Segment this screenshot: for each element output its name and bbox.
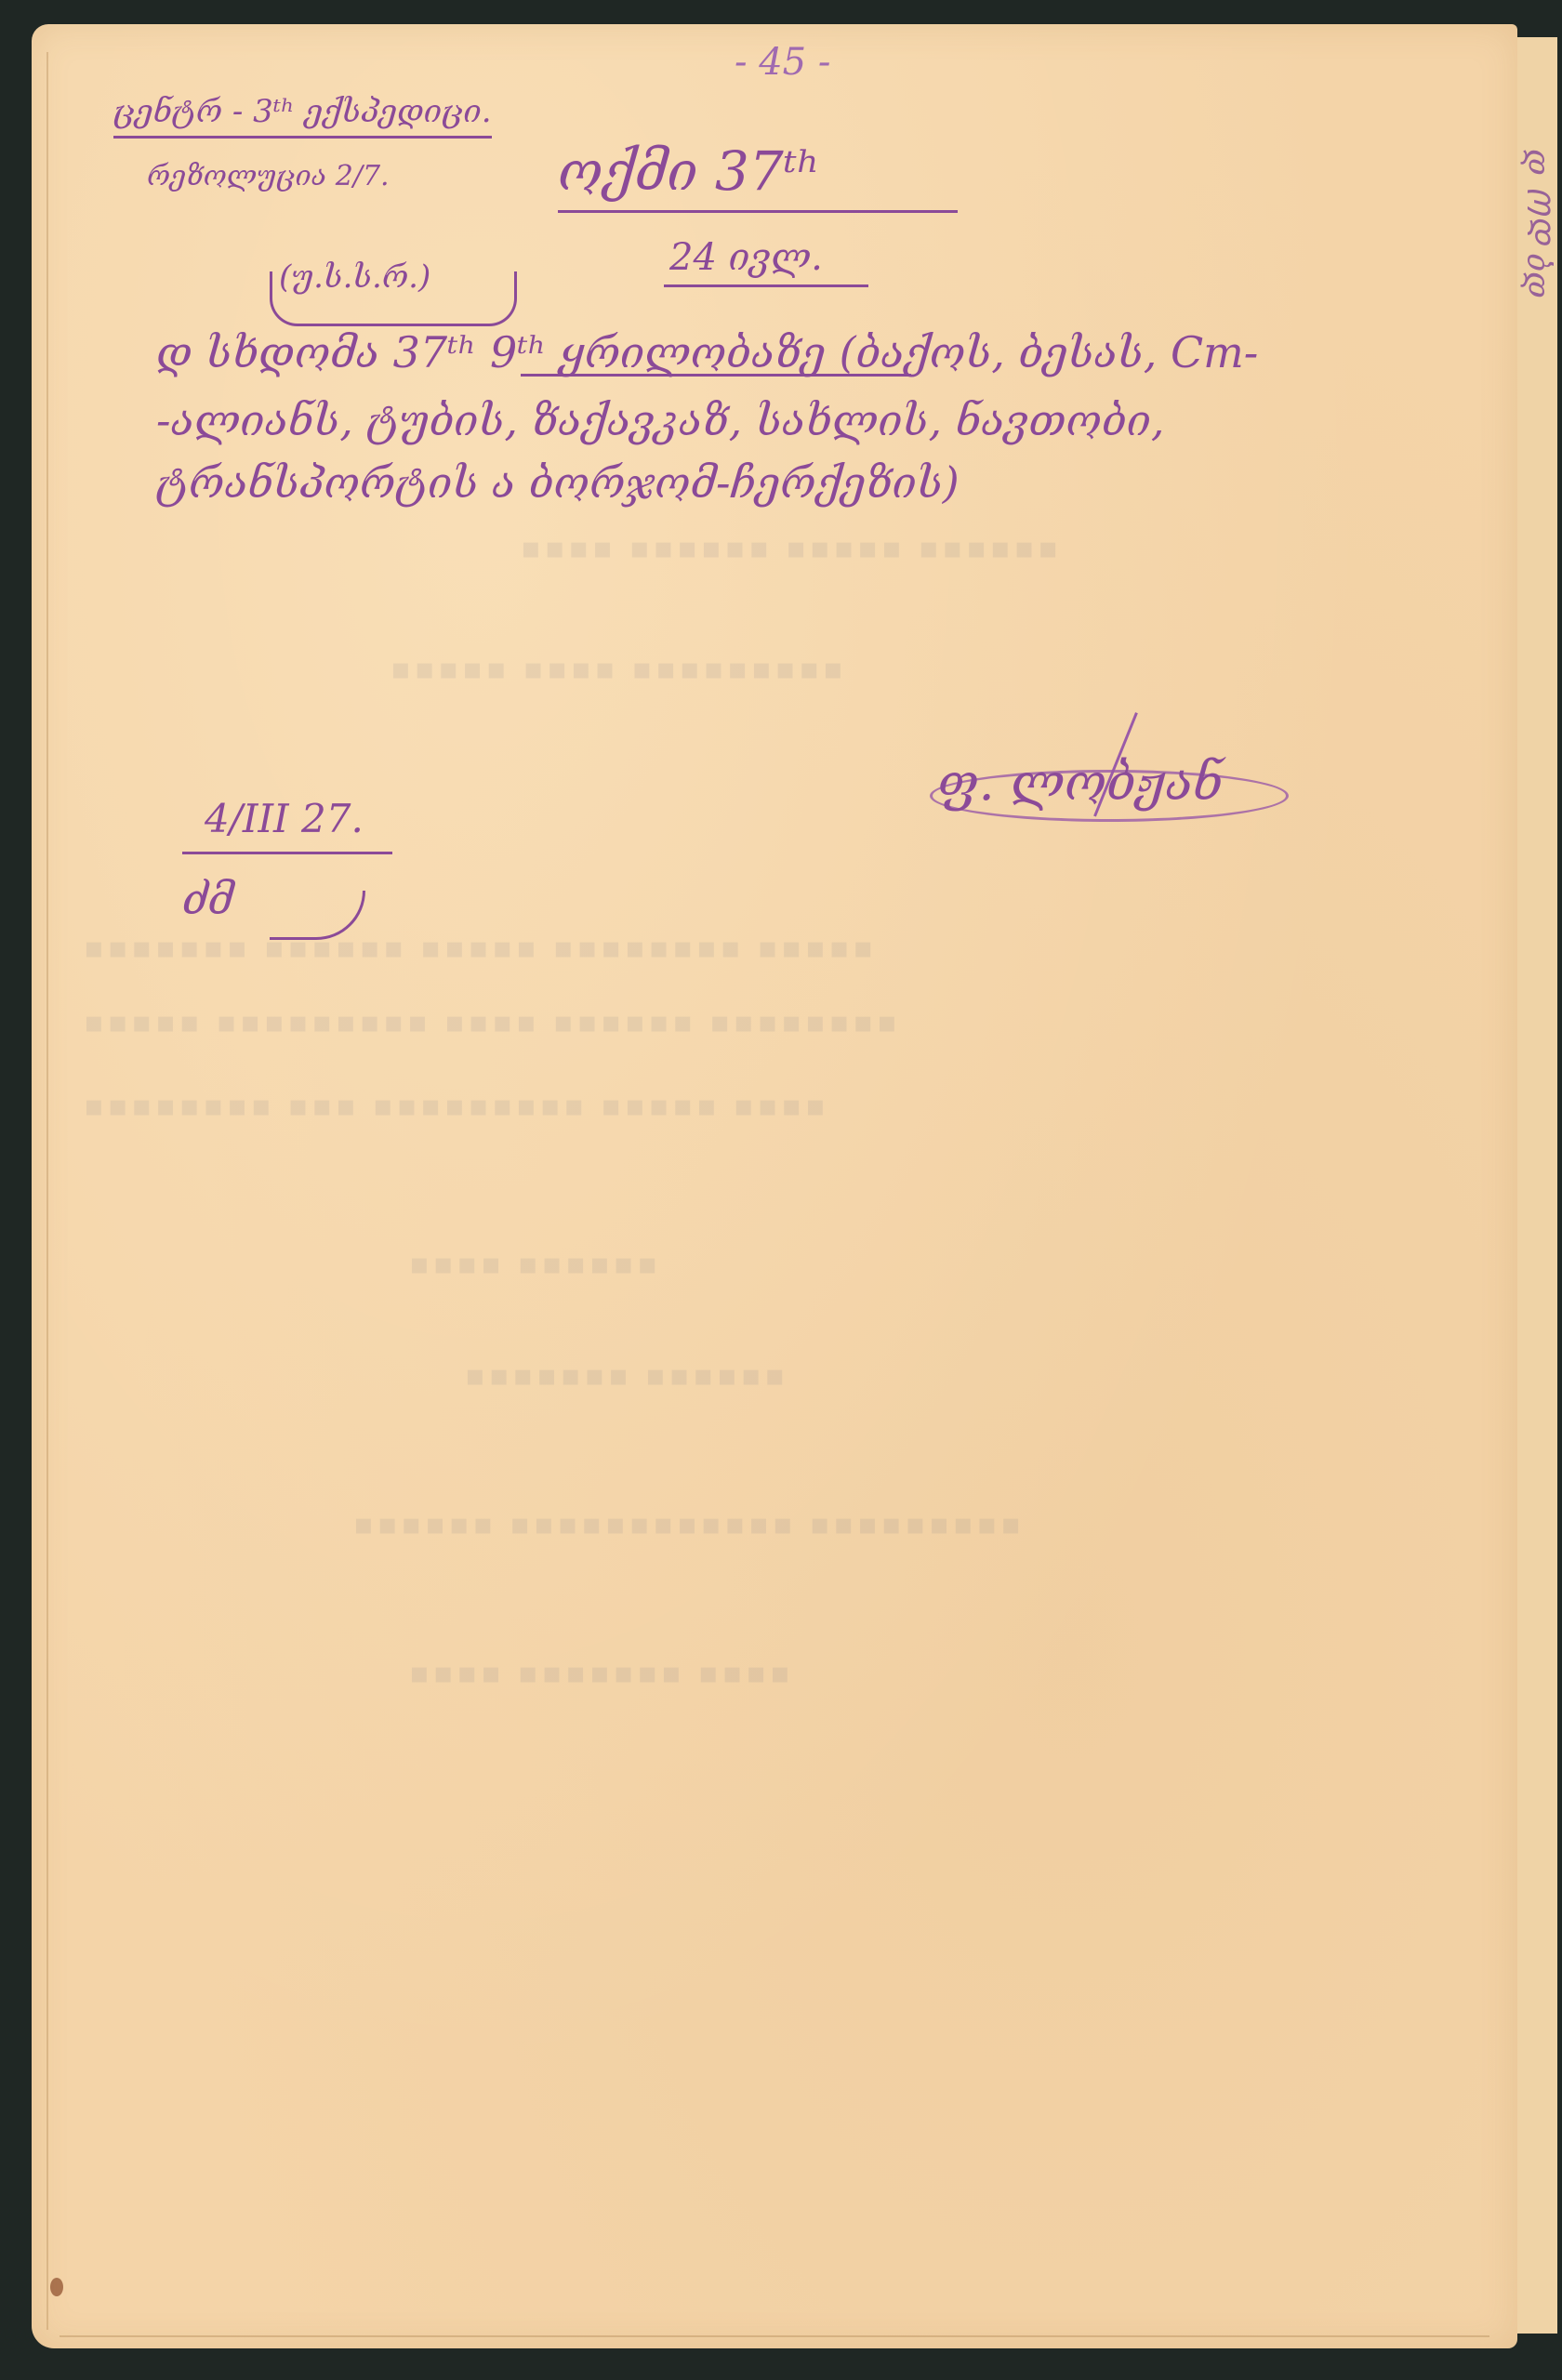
header-left-line-2: რეზოლუცია 2/7.: [147, 160, 390, 192]
date-note: 4/III 27.: [205, 796, 364, 841]
ink-stain: [50, 2278, 63, 2296]
bleed-through-texture: ▪▪▪▪ ▪▪▪▪▪▪: [409, 1246, 661, 1281]
bleed-through-texture: ▪▪▪▪▪▪ ▪▪▪▪▪▪▪▪▪▪▪▪ ▪▪▪▪▪▪▪▪▪: [353, 1506, 1025, 1541]
header-left-line-1: ცენტრ - 3ᵗʰ ექსპედიცი.: [113, 93, 492, 139]
back-page-edge-script: დ ᲝᲓ ბდ: [1516, 149, 1559, 298]
body-line-3: ტრანსპორტის ა ბორჯომ-ჩერქეზის): [156, 457, 960, 508]
page-fold-line: [46, 52, 48, 2330]
date-underline: [182, 852, 392, 854]
body-line-2: -ალიანს, ტუბის, ზაქავკაზ, სახლის, ნავთობ…: [156, 395, 1165, 445]
title-underline: [558, 210, 958, 213]
left-signature: ძმ: [182, 874, 233, 924]
bleed-through-texture: ▪▪▪▪▪▪▪ ▪▪▪▪▪▪ ▪▪▪▪▪ ▪▪▪▪▪▪▪▪ ▪▪▪▪▪: [84, 930, 877, 965]
page-number: - 45 -: [735, 41, 830, 84]
bracket-annotation: (უ.ს.ს.რ.): [279, 258, 430, 296]
subtitle-underline: [664, 284, 868, 287]
bleed-through-texture: ▪▪▪▪▪▪▪ ▪▪▪▪▪▪: [465, 1357, 788, 1393]
body-underline: [521, 374, 911, 377]
bleed-through-texture: ▪▪▪▪▪▪▪▪ ▪▪▪ ▪▪▪▪▪▪▪▪▪ ▪▪▪▪▪ ▪▪▪▪: [84, 1088, 829, 1123]
bleed-through-texture: ▪▪▪▪▪ ▪▪▪▪ ▪▪▪▪▪▪▪▪▪: [390, 651, 847, 686]
page-bottom-fold: [60, 2335, 1489, 2337]
body-line-1: დ სხდომა 37ᵗʰ 9ᵗʰ ყრილობაზე (ბაქოს, ბესა…: [156, 327, 1258, 377]
bleed-through-texture: ▪▪▪▪ ▪▪▪▪▪▪ ▪▪▪▪▪ ▪▪▪▪▪▪: [521, 530, 1062, 565]
bleed-through-texture: ▪▪▪▪▪ ▪▪▪▪▪▪▪▪▪ ▪▪▪▪ ▪▪▪▪▪▪ ▪▪▪▪▪▪▪▪: [84, 1004, 901, 1039]
bleed-through-texture: ▪▪▪▪ ▪▪▪▪▪▪▪ ▪▪▪▪: [409, 1655, 794, 1690]
right-signature: ფ. ლობჟან: [937, 753, 1223, 812]
document-subtitle: 24 ივლ.: [669, 236, 823, 279]
document-title: ოქმი 37ᵗʰ: [558, 139, 820, 203]
